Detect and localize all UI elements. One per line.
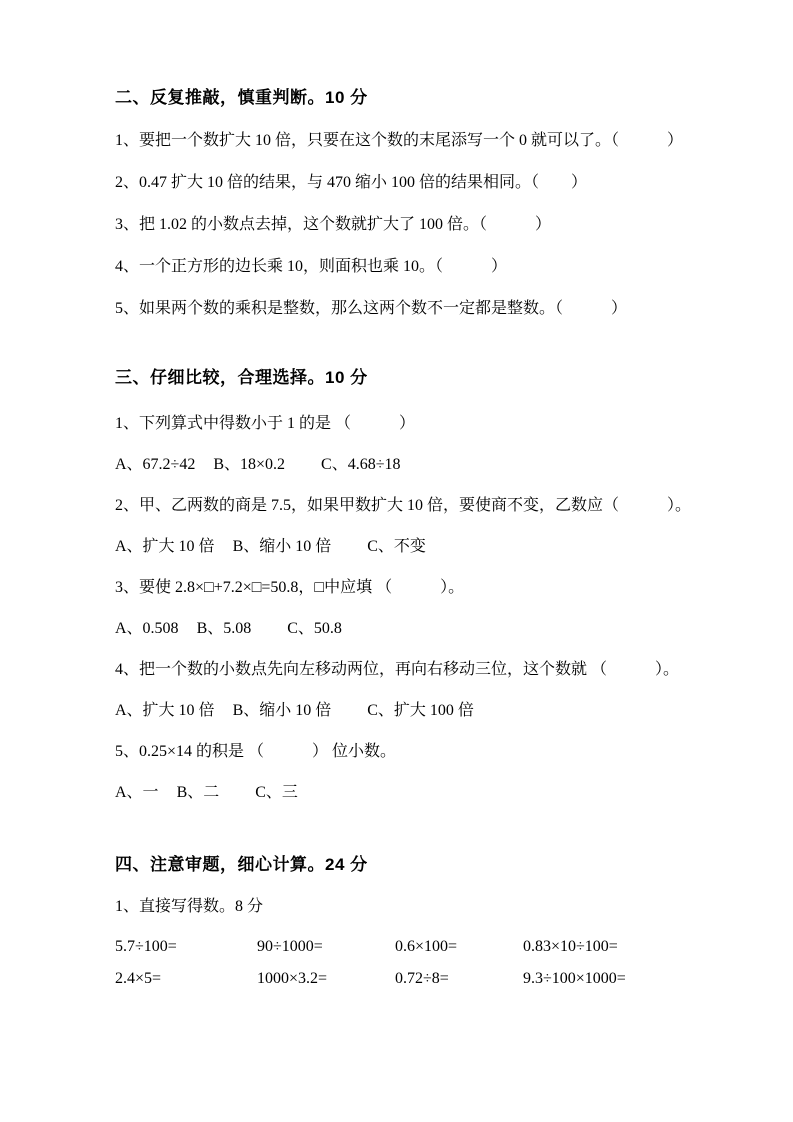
option-a: A、一 xyxy=(115,784,159,802)
calc-expression: 9.3÷100×1000= xyxy=(523,970,738,988)
option-a: A、67.2÷42 xyxy=(115,456,195,474)
option-a: A、0.508 xyxy=(115,620,179,638)
choice-question-2-stem: 2、甲、乙两数的商是 7.5，如果甲数扩大 10 倍，要使商不变，乙数应（ ）。 xyxy=(115,497,738,515)
option-b: B、二 xyxy=(177,784,220,802)
choice-question-5-stem: 5、0.25×14 的积是 （ ） 位小数。 xyxy=(115,743,738,761)
option-b: B、缩小 10 倍 xyxy=(233,702,332,720)
calc-expression: 1000×3.2= xyxy=(257,970,395,988)
option-c: C、4.68÷18 xyxy=(321,456,400,474)
option-b: B、缩小 10 倍 xyxy=(233,538,332,556)
section-choice-heading: 三、仔细比较，合理选择。10 分 xyxy=(115,368,738,388)
section-judgment-heading: 二、反复推敲，慎重判断。10 分 xyxy=(115,88,738,108)
calc-expression: 90÷1000= xyxy=(257,938,395,956)
judgment-item-3: 3、把 1.02 的小数点去掉，这个数就扩大了 100 倍。（ ） xyxy=(115,216,738,234)
judgment-item-4: 4、一个正方形的边长乘 10，则面积也乘 10。（ ） xyxy=(115,258,738,276)
choice-question-5-options: A、一B、二C、三 xyxy=(115,784,738,802)
option-a: A、扩大 10 倍 xyxy=(115,538,215,556)
option-b: B、5.08 xyxy=(197,620,252,638)
judgment-item-1: 1、要把一个数扩大 10 倍，只要在这个数的末尾添写一个 0 就可以了。（ ） xyxy=(115,132,738,150)
calc-expression: 5.7÷100= xyxy=(115,938,257,956)
option-b: B、18×0.2 xyxy=(213,456,285,474)
option-c: C、三 xyxy=(255,784,298,802)
choice-question-4-options: A、扩大 10 倍B、缩小 10 倍C、扩大 100 倍 xyxy=(115,702,738,720)
option-c: C、不变 xyxy=(367,538,426,556)
judgment-item-5: 5、如果两个数的乘积是整数，那么这两个数不一定都是整数。（ ） xyxy=(115,300,738,318)
choice-question-1-stem: 1、下列算式中得数小于 1 的是 （ ） xyxy=(115,415,738,433)
section-calculation-heading: 四、注意审题，细心计算。24 分 xyxy=(115,855,738,875)
choice-question-2-options: A、扩大 10 倍B、缩小 10 倍C、不变 xyxy=(115,538,738,556)
exam-page: 二、反复推敲，慎重判断。10 分 1、要把一个数扩大 10 倍，只要在这个数的末… xyxy=(0,0,793,1122)
calc-row-2: 2.4×5= 1000×3.2= 0.72÷8= 9.3÷100×1000= xyxy=(115,970,738,988)
option-c: C、扩大 100 倍 xyxy=(367,702,474,720)
calc-expression: 0.83×10÷100= xyxy=(523,938,738,956)
judgment-item-2: 2、0.47 扩大 10 倍的结果，与 470 缩小 100 倍的结果相同。（ … xyxy=(115,174,738,192)
choice-question-4-stem: 4、把一个数的小数点先向左移动两位，再向右移动三位，这个数就 （ ）。 xyxy=(115,661,738,679)
calc-expression: 0.72÷8= xyxy=(395,970,523,988)
option-a: A、扩大 10 倍 xyxy=(115,702,215,720)
option-c: C、50.8 xyxy=(287,620,342,638)
calc-expression: 0.6×100= xyxy=(395,938,523,956)
calc-expression: 2.4×5= xyxy=(115,970,257,988)
calc-row-1: 5.7÷100= 90÷1000= 0.6×100= 0.83×10÷100= xyxy=(115,938,738,956)
choice-question-3-stem: 3、要使 2.8×□+7.2×□=50.8，□中应填 （ ）。 xyxy=(115,579,738,597)
calculation-subheading: 1、直接写得数。8 分 xyxy=(115,898,738,916)
choice-question-3-options: A、0.508B、5.08C、50.8 xyxy=(115,620,738,638)
choice-question-1-options: A、67.2÷42B、18×0.2C、4.68÷18 xyxy=(115,456,738,474)
